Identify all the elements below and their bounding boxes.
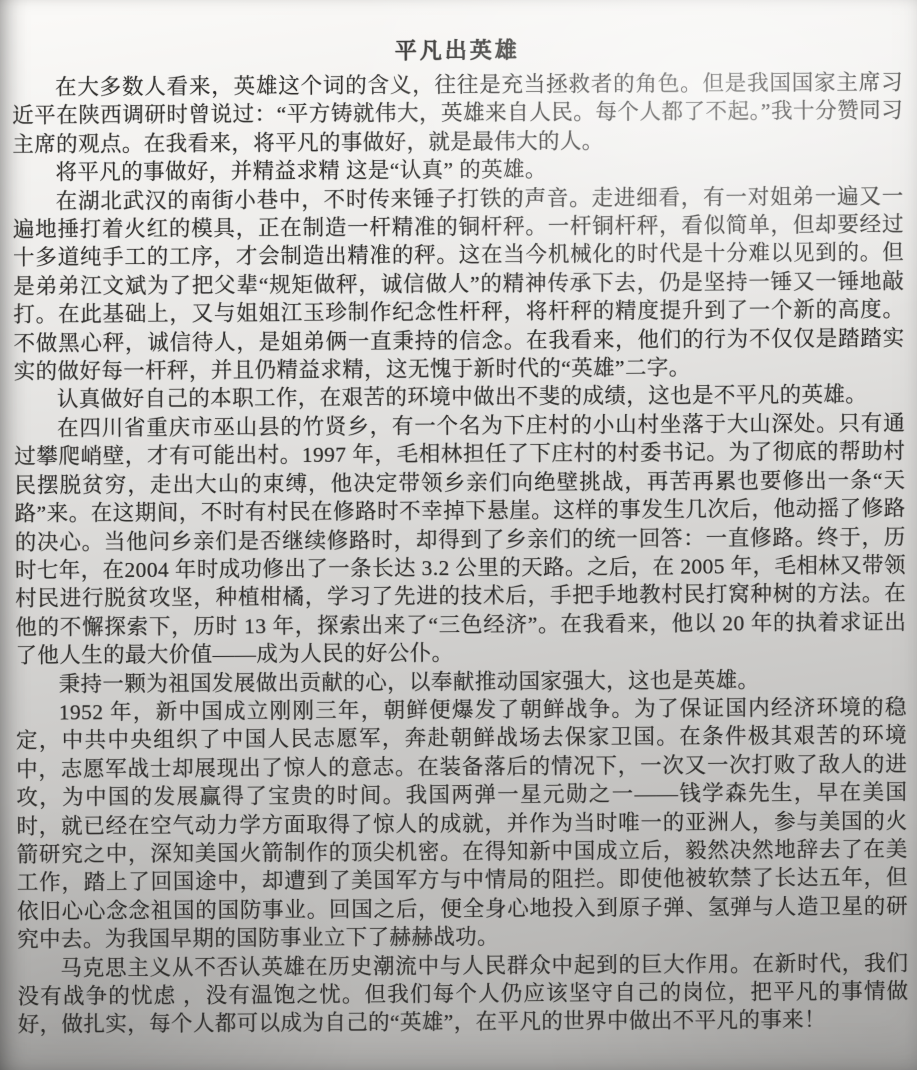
document-title: 平凡出英雄 — [12, 31, 903, 67]
paragraph: 1952 年，新中国成立刚刚三年，朝鲜便爆发了朝鲜战争。为了保证国内经济环境的稳… — [16, 693, 909, 954]
paragraph: 在湖北武汉的南街小巷中，不时传来锤子打铁的声音。走进细看，有一对姐弟一遍又一遍地… — [13, 182, 905, 386]
essay-sheet: 平凡出英雄 在大多数人看来，英雄这个词的含义，往往是充当拯救者的角色。但是我国国… — [0, 0, 917, 1040]
paragraph: 在四川省重庆市巫山县的竹贤乡，有一个名为下庄村的小山村坐落于大山深处。只有通过攀… — [14, 409, 907, 670]
document-photo: 平凡出英雄 在大多数人看来，英雄这个词的含义，往往是充当拯救者的角色。但是我国国… — [0, 0, 917, 1070]
paragraph: 在大多数人看来，英雄这个词的含义，往往是充当拯救者的角色。但是我国国家主席习近平… — [12, 68, 904, 159]
paragraph: 马克思主义从不否认英雄在历史潮流中与人民群众中起到的巨大作用。在新时代，我们没有… — [17, 949, 909, 1040]
